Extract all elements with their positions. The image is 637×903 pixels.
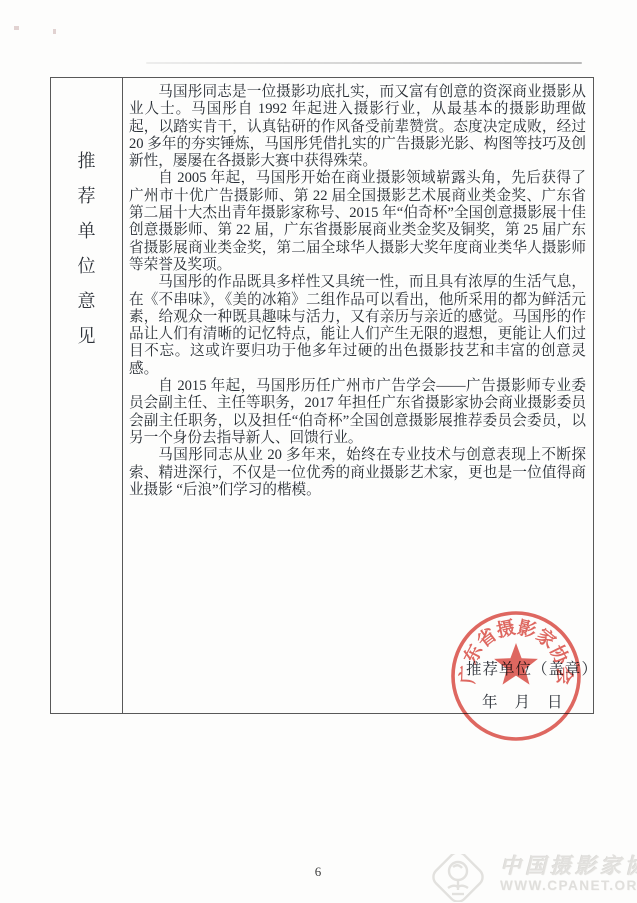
opinion-paragraph: 马国彤的作品既具多样性又具统一性，而且具有浓厚的生活气息，在《不串味》，《美的冰…	[129, 274, 586, 378]
vertical-label-char: 位	[78, 249, 96, 284]
vertical-label-char: 单	[78, 214, 96, 249]
cpanet-watermark: 中国摄影家协会 WWW.CPANET.ORG.CN	[424, 854, 637, 902]
page-number: 6	[300, 864, 336, 880]
cpanet-logo-icon	[424, 854, 498, 902]
stamp-star-icon	[494, 643, 538, 685]
vertical-label-char: 意	[78, 284, 96, 319]
scan-artifact-line	[146, 62, 582, 64]
watermark-text: 中国摄影家协会 WWW.CPANET.ORG.CN	[500, 854, 637, 893]
watermark-url: WWW.CPANET.ORG.CN	[500, 878, 637, 893]
vertical-section-label: 推 荐 单 位 意 见	[51, 78, 123, 713]
official-red-stamp: 广东省摄影家协会	[446, 606, 586, 746]
vertical-label-char: 荐	[78, 179, 96, 214]
watermark-org-name: 中国摄影家协会	[500, 854, 637, 878]
opinion-paragraph: 自 2005 年起，马国彤开始在商业摄影领域崭露头角，先后获得了广州市十优广告摄…	[129, 170, 586, 274]
vertical-label-char: 推	[78, 144, 96, 179]
scan-speck	[14, 26, 19, 30]
vertical-label-char: 见	[78, 319, 96, 354]
opinion-paragraph: 马国彤同志从业 20 多年来，始终在专业技术与创意表现上不断探索、精进深行，不仅…	[129, 447, 586, 499]
opinion-paragraph: 马国彤同志是一位摄影功底扎实，而又富有创意的资深商业摄影从业人士。马国彤自 19…	[129, 84, 586, 170]
scan-speck	[53, 29, 56, 34]
opinion-paragraph: 自 2015 年起，马国彤历任广州市广告学会——广告摄影师专业委员会副主任、主任…	[129, 378, 586, 447]
